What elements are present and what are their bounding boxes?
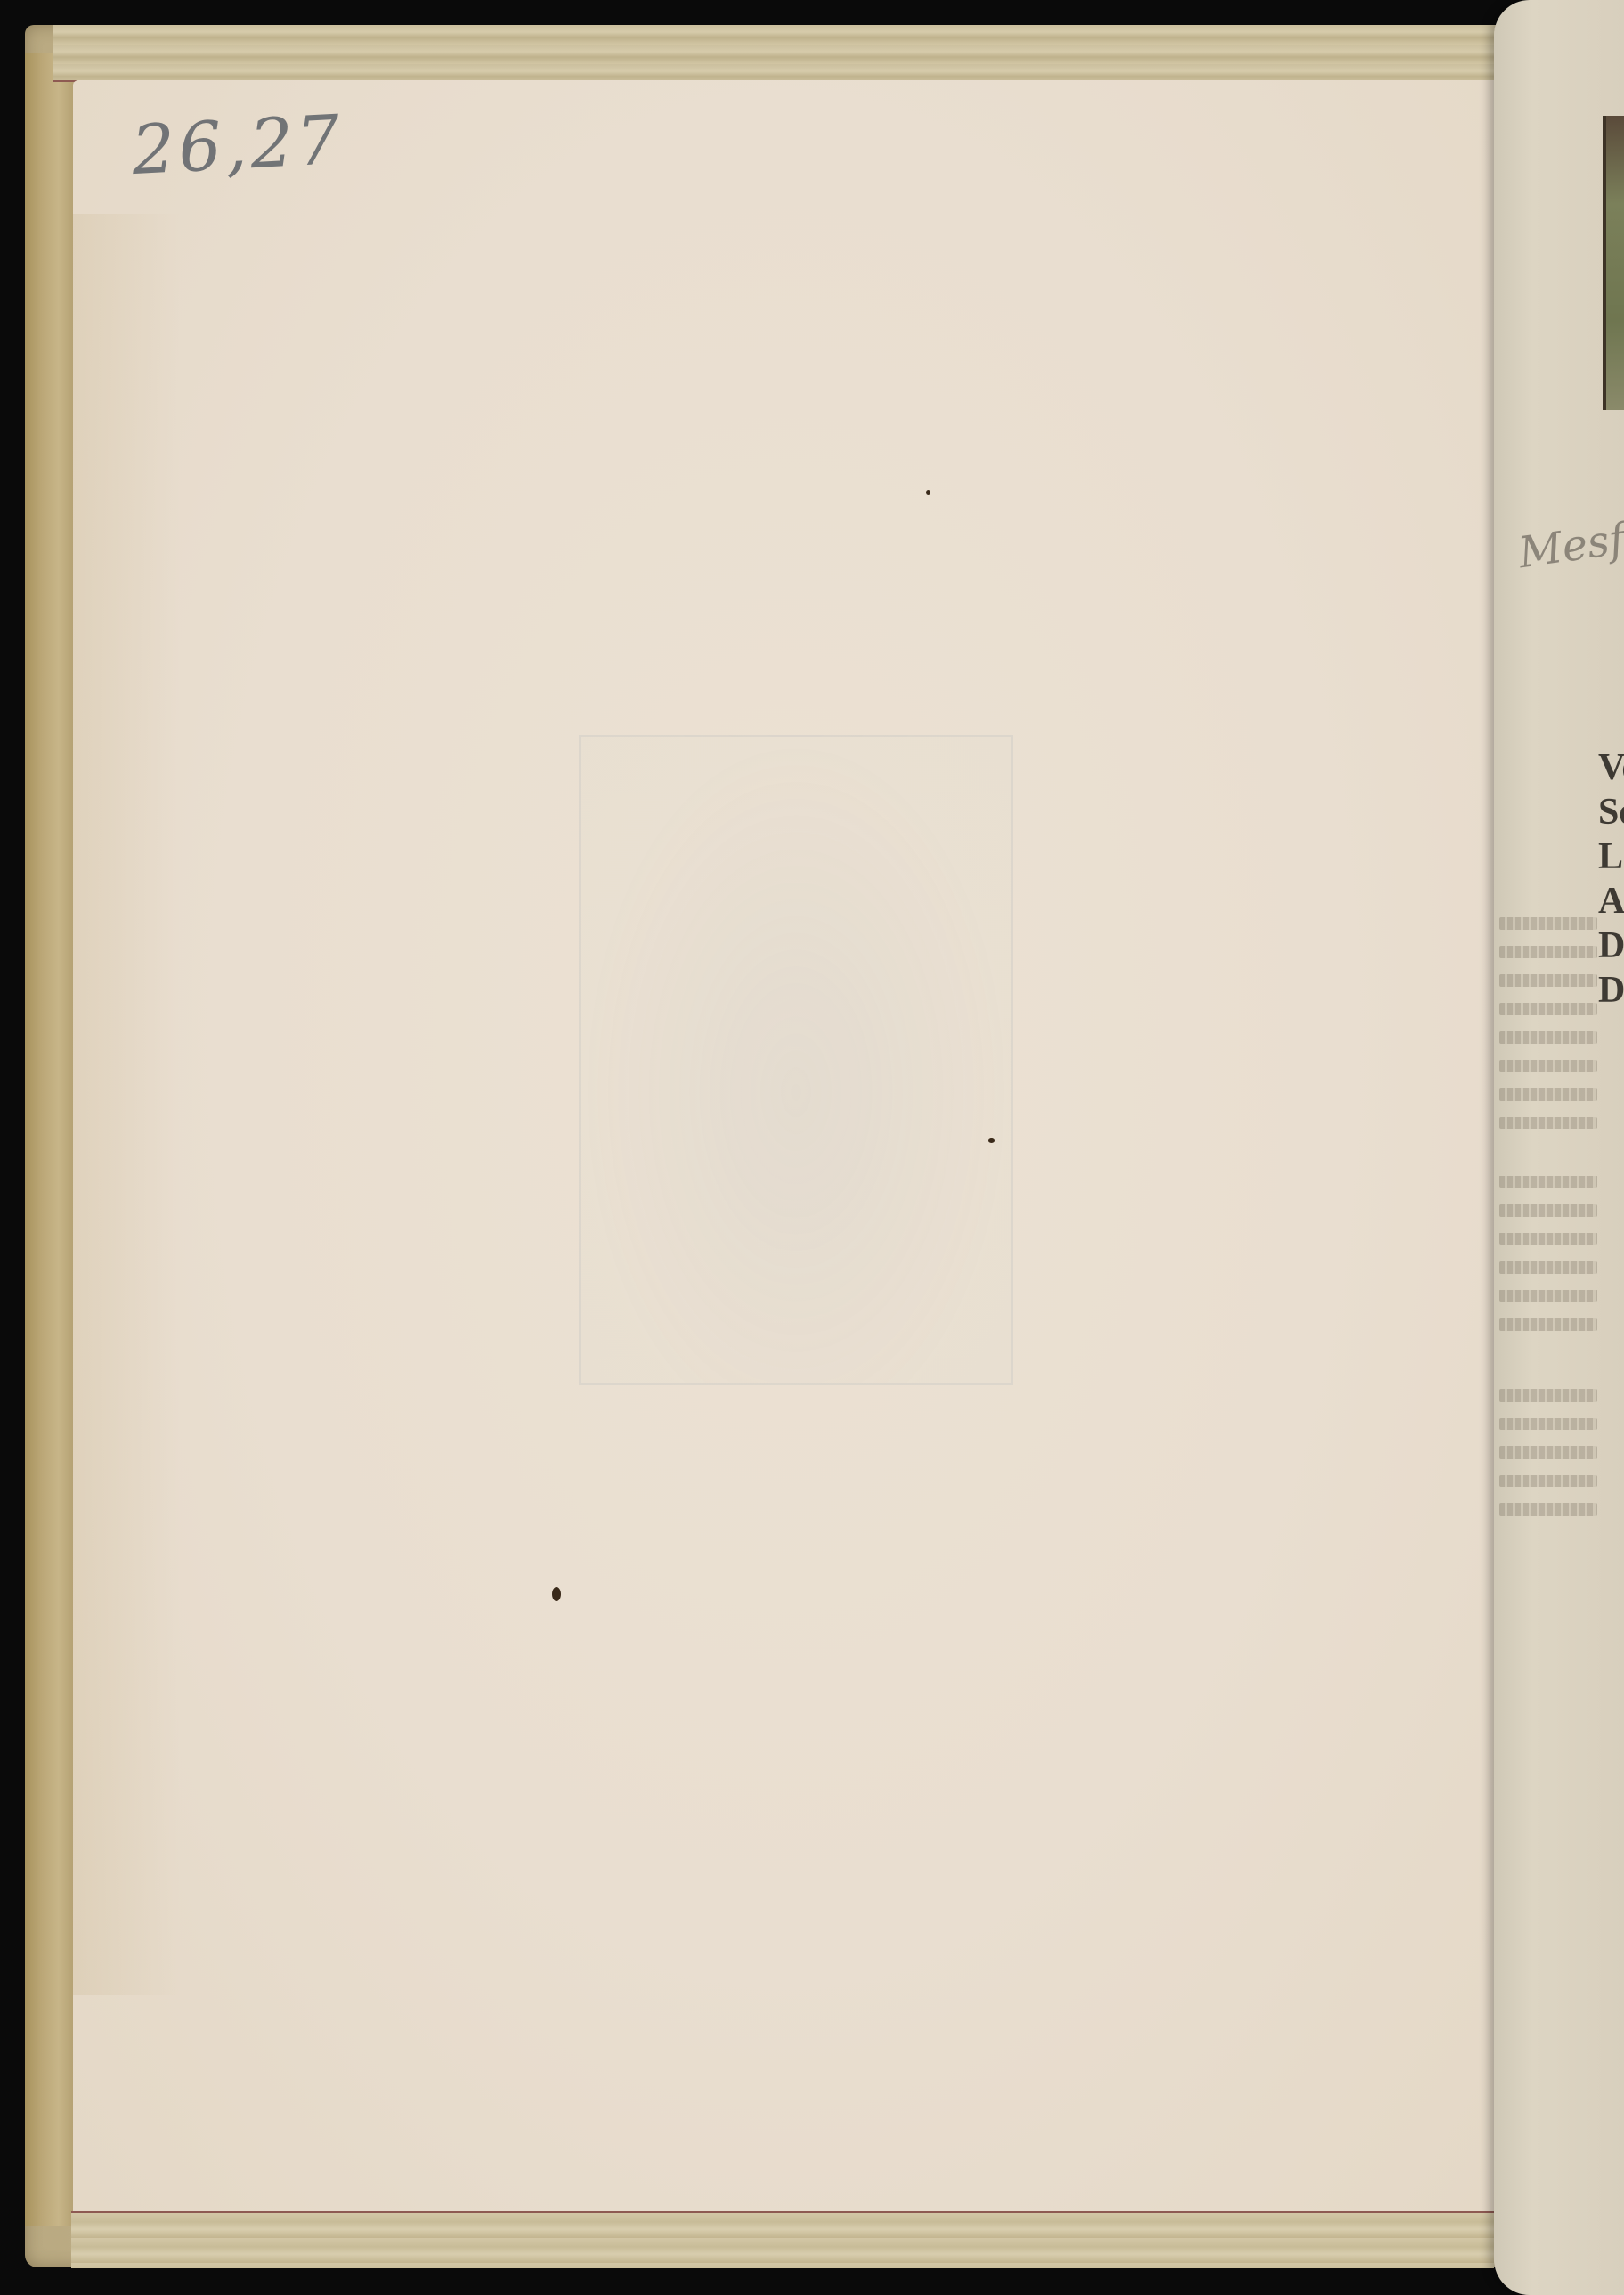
faint-text-line xyxy=(1499,1318,1597,1331)
faint-text-line xyxy=(1499,1503,1597,1516)
faint-text-line xyxy=(1499,1031,1597,1044)
faint-text-line xyxy=(1499,1176,1597,1188)
faint-text-line xyxy=(1499,1233,1597,1245)
ink-speck xyxy=(926,490,930,495)
faint-text-line xyxy=(1499,1418,1597,1430)
vellum-cover-left-turn-in xyxy=(25,53,73,2226)
paper-stain xyxy=(73,214,180,1995)
faint-text-line xyxy=(1499,1003,1597,1015)
faint-text-line xyxy=(1499,1261,1597,1274)
facing-page-capital: D xyxy=(1598,924,1624,967)
pencil-annotation: 26,27 xyxy=(130,100,345,190)
show-through-engraving xyxy=(579,735,1013,1385)
faint-text-line xyxy=(1499,1117,1597,1129)
facing-page-illustration xyxy=(1603,116,1624,410)
faint-text-line xyxy=(1499,1204,1597,1217)
faint-text-line xyxy=(1499,1475,1597,1487)
faint-text-line xyxy=(1499,1446,1597,1459)
faint-text-line xyxy=(1499,1088,1597,1101)
facing-page-capital: Ve xyxy=(1598,746,1624,789)
faint-text-line xyxy=(1499,917,1597,930)
faint-text-line xyxy=(1499,974,1597,987)
faint-text-line xyxy=(1499,1060,1597,1072)
faint-text-line xyxy=(1499,946,1597,958)
ink-speck xyxy=(988,1138,995,1143)
faint-text-line xyxy=(1499,1290,1597,1302)
ink-speck xyxy=(552,1587,561,1601)
facing-page-capital: La xyxy=(1598,835,1624,878)
vellum-cover-top-turn-in xyxy=(53,25,1539,82)
facing-page-capital: Se xyxy=(1598,791,1624,834)
faint-text-line xyxy=(1499,1389,1597,1402)
vellum-cover-bottom-turn-in xyxy=(71,2211,1494,2268)
facing-page-capital: A xyxy=(1598,880,1624,923)
facing-page-capital: D xyxy=(1598,969,1624,1012)
